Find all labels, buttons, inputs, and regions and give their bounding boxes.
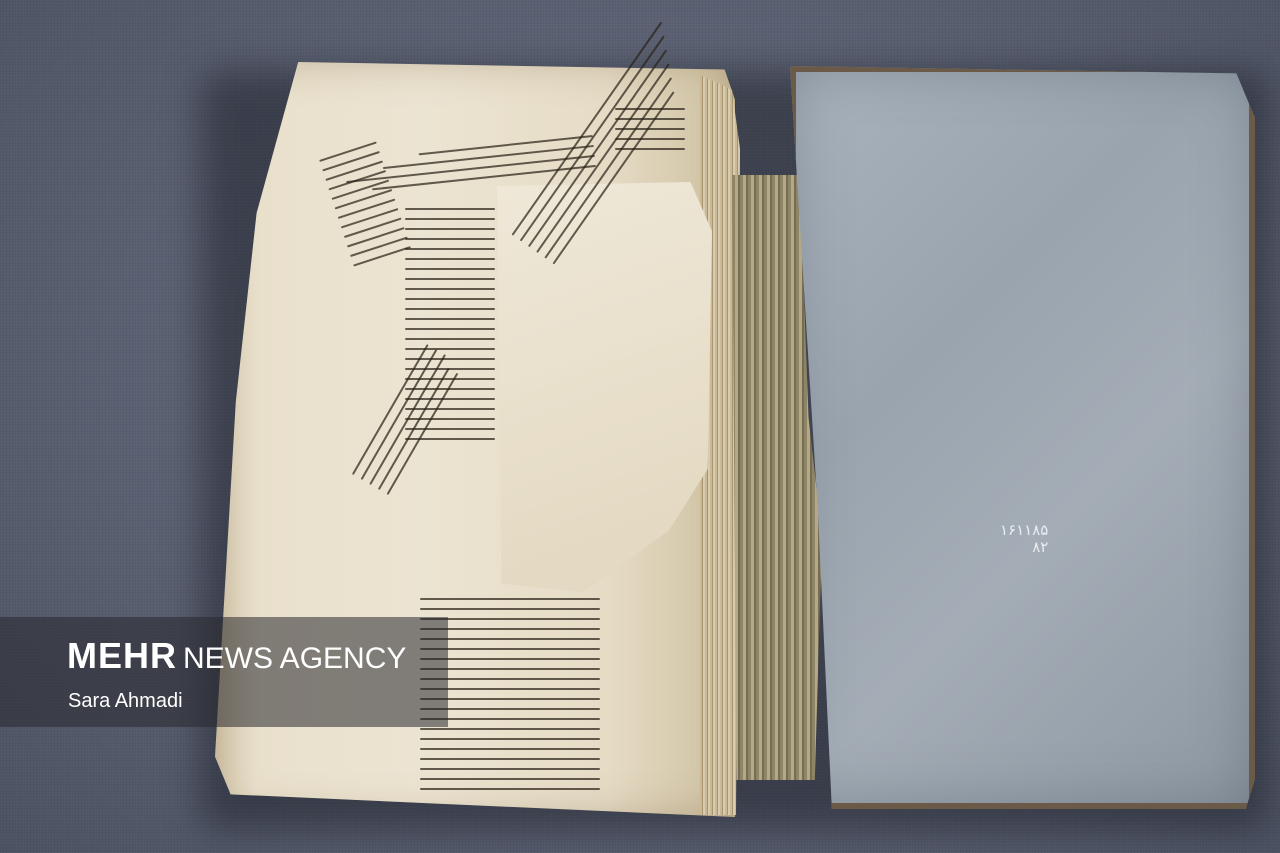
watermark-brand-bold: MEHR: [67, 635, 177, 676]
script-column-middle: [405, 200, 495, 448]
book-cover: [790, 66, 1255, 809]
script-side-notes: [615, 100, 685, 158]
watermark-brand: MEHRNEWS AGENCY: [67, 636, 406, 679]
photographer-credit: Sara Ahmadi: [68, 690, 183, 713]
watermark-brand-rest: NEWS AGENCY: [183, 642, 406, 675]
cover-inscription: ۱۶۱۱۸۵ ۸۲: [1000, 522, 1048, 556]
cover-inscription-line1: ۱۶۱۱۸۵: [1000, 522, 1048, 539]
cover-inscription-line2: ۸۲: [1000, 539, 1048, 556]
